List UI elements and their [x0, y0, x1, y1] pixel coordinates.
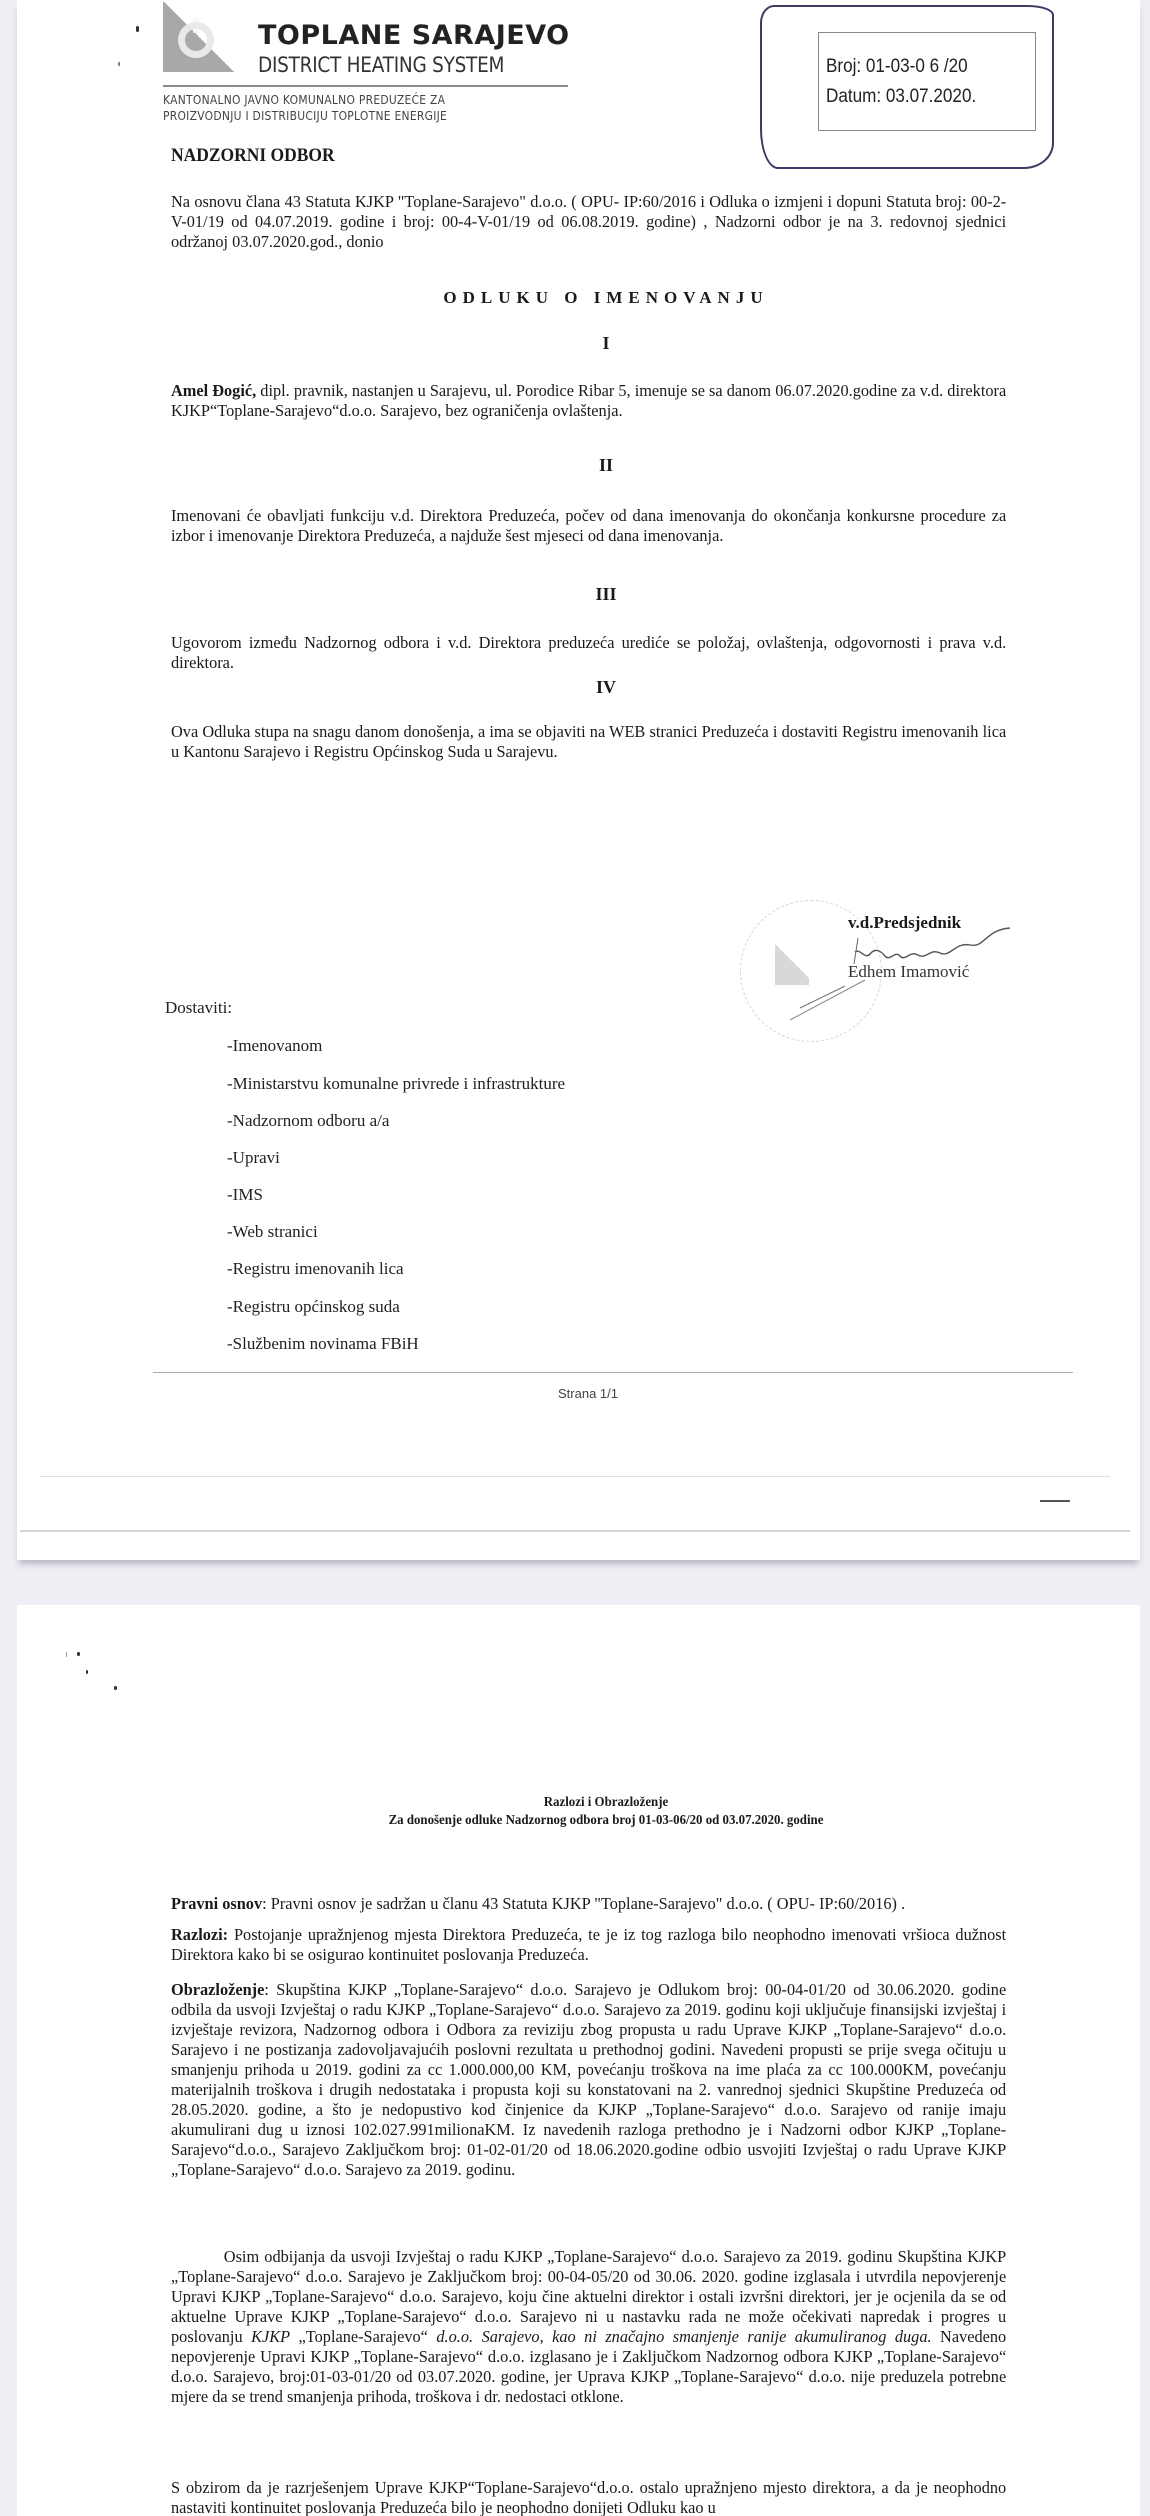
company-name: TOPLANE SARAJEVO [258, 20, 570, 51]
page-number: Strana 1/1 [558, 1386, 618, 1401]
section-2-text: Imenovani će obavljati funkciju v.d. Dir… [171, 506, 1006, 546]
list-item: -IMS [227, 1185, 263, 1205]
reasons-label: Razlozi: [171, 1925, 228, 1944]
arrow-up-icon: ⇧ [187, 16, 204, 36]
signatory-name: Edhem Imamović [848, 962, 969, 982]
scan-artifact-line [20, 1530, 1130, 1532]
list-item: -Ministarstvu komunalne privrede i infra… [227, 1074, 565, 1094]
section-numeral-2: II [171, 455, 1041, 476]
company-description-line-2: PROIZVODNJU I DISTRIBUCIJU TOPLOTNE ENER… [163, 108, 447, 123]
appointee-name: Amel Đogić, [171, 381, 256, 400]
explanation-paragraph: Obrazloženje: Skupština KJKP „Toplane-Sa… [171, 1980, 1006, 2180]
legal-basis-label: Pravni osnov [171, 1894, 262, 1913]
decision-title: ODLUKU O IMENOVANJU [171, 288, 1041, 308]
section-3-text: Ugovorom između Nadzornog odbora i v.d. … [171, 633, 1006, 673]
list-item: -Upravi [227, 1148, 280, 1168]
list-item: -Web stranici [227, 1222, 318, 1242]
reference-box-border [818, 32, 1036, 131]
legal-basis-paragraph: Pravni osnov: Pravni osnov je sadržan u … [171, 1894, 1006, 1914]
reference-date: Datum: 03.07.2020. [826, 86, 976, 108]
company-description-line-1: KANTONALNO JAVNO KOMUNALNO PREDUZEĆE ZA [163, 92, 445, 107]
preamble-paragraph: Na osnovu člana 43 Statuta KJKP "Toplane… [171, 192, 1006, 252]
explanation-label: Obrazloženje [171, 1980, 264, 1999]
reasons-paragraph: Razlozi: Postojanje upražnjenog mjesta D… [171, 1925, 1006, 1965]
letterhead-divider [163, 85, 568, 87]
justification-subtitle: Za donošenje odluke Nadzornog odbora bro… [206, 1813, 1006, 1829]
section-1-text: Amel Đogić, dipl. pravnik, nastanjen u S… [171, 381, 1006, 421]
company-subtitle: DISTRICT HEATING SYSTEM [258, 53, 504, 77]
section-4-text: Ova Odluka stupa na snagu danom donošenj… [171, 722, 1006, 762]
section-numeral-3: III [171, 584, 1041, 605]
section-numeral-1: I [171, 333, 1041, 354]
issuer-heading: NADZORNI ODBOR [171, 145, 335, 167]
list-item: -Nadzornom odboru a/a [227, 1111, 389, 1131]
list-item: -Registru općinskog suda [227, 1297, 400, 1317]
list-item: -Imenovanom [227, 1036, 322, 1056]
scan-artifact-mark [1040, 1500, 1070, 1502]
list-item: -Registru imenovanih lica [227, 1259, 404, 1279]
reference-number: Broj: 01-03-0 6 /20 [826, 56, 968, 78]
no-confidence-paragraph: Osim odbijanja da usvoji Izvještaj o rad… [171, 2247, 1006, 2407]
distribution-label: Dostaviti: [165, 998, 232, 1018]
list-item: -Službenim novinama FBiH [227, 1334, 419, 1354]
scan-artifact-line [40, 1476, 1110, 1477]
section-numeral-4: IV [171, 677, 1041, 698]
conclusion-paragraph: S obzirom da je razrješenjem Uprave KJKP… [171, 2478, 1006, 2516]
justification-title: Razlozi i Obrazloženje [206, 1795, 1006, 1811]
footer-divider [153, 1372, 1073, 1373]
